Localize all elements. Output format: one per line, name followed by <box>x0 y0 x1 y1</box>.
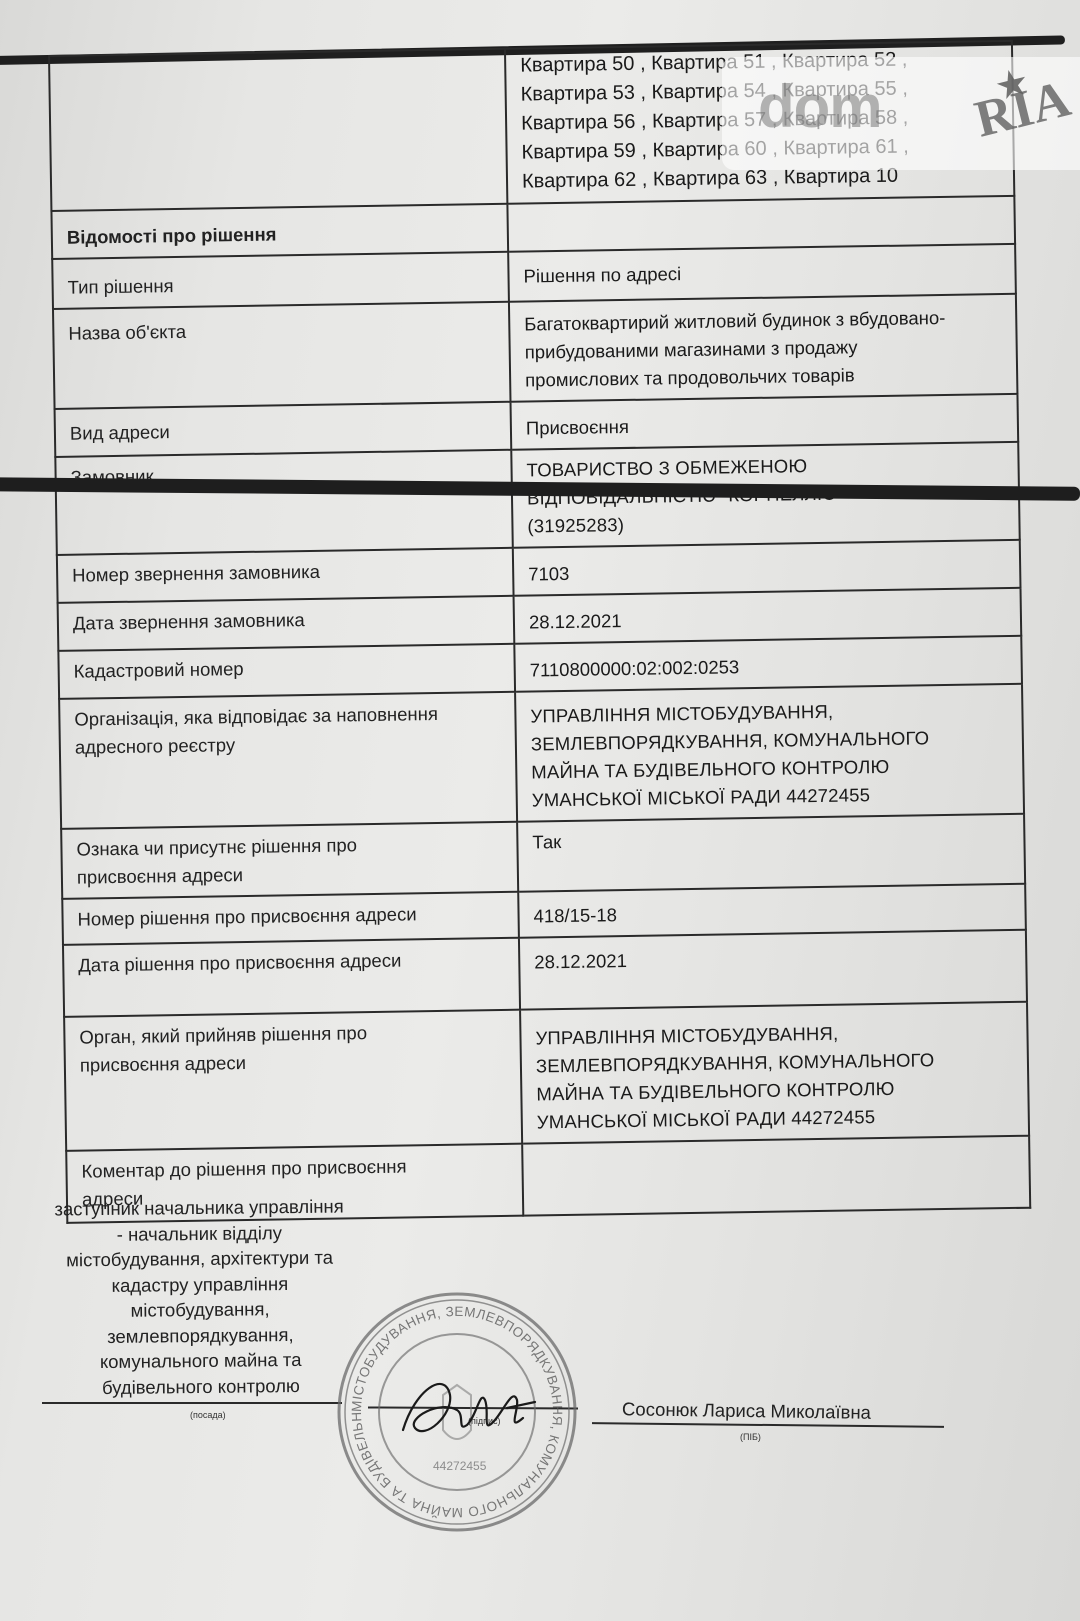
section-title: Відомості про рішення <box>51 204 508 259</box>
apartments-label-cell <box>49 49 507 211</box>
signatory-position: заступник начальника управління - началь… <box>49 1193 351 1400</box>
watermark-dom-text: dom <box>758 72 882 141</box>
row-value: УПРАВЛІННЯ МІСТОБУДУВАННЯ, ЗЕМЛЕВПОРЯДКУ… <box>515 684 1024 822</box>
row-value: Присвоєння <box>511 394 1019 450</box>
position-line <box>42 1402 342 1404</box>
name-line <box>592 1422 944 1428</box>
row-value: 28.12.2021 <box>519 930 1027 1010</box>
row-value: Так <box>517 814 1025 892</box>
row-label: Тип рішення <box>52 252 509 309</box>
section-empty-cell <box>507 196 1015 252</box>
row-value <box>522 1136 1030 1216</box>
svg-text:44272455: 44272455 <box>433 1459 487 1473</box>
table-row: Організація, яка відповідає за наповненн… <box>59 684 1024 829</box>
row-label: Кадастровий номер <box>58 644 515 699</box>
row-value: УПРАВЛІННЯ МІСТОБУДУВАННЯ, ЗЕМЛЕВПОРЯДКУ… <box>520 1002 1029 1144</box>
row-value: Рішення по адресі <box>508 244 1016 302</box>
handwritten-signature-icon <box>395 1370 545 1450</box>
table-row: Назва об'єкта Багатоквартирий житловий б… <box>53 294 1017 409</box>
position-caption: (посада) <box>190 1410 226 1420</box>
row-label: Ознака чи присутнє рішення про присвоєнн… <box>61 822 518 899</box>
row-label: Назва об'єкта <box>53 302 511 409</box>
signatory-name: Сосонюк Лариса Миколаївна <box>622 1398 871 1423</box>
table-row: Орган, який прийняв рішення про присвоєн… <box>64 1002 1029 1151</box>
row-value: 418/15-18 <box>518 884 1026 938</box>
row-value: Багатоквартирий житловий будинок з вбудо… <box>509 294 1018 402</box>
row-value: 7110800000:02:002:0253 <box>514 636 1022 692</box>
row-label: Організація, яка відповідає за наповненн… <box>59 692 517 829</box>
row-label: Замовник <box>55 450 512 555</box>
document-page: Квартира 50 , Квартира 51 , Квартира 52 … <box>0 0 1080 1621</box>
row-value: 28.12.2021 <box>514 588 1022 644</box>
row-value: 7103 <box>513 540 1021 596</box>
row-label: Дата рішення про присвоєння адреси <box>63 938 520 1017</box>
address-register-table: Квартира 50 , Квартира 51 , Квартира 52 … <box>48 40 1031 1224</box>
row-label: Номер звернення замовника <box>57 548 514 603</box>
row-label: Вид адреси <box>55 402 512 457</box>
row-label: Орган, який прийняв рішення про присвоєн… <box>64 1010 522 1151</box>
row-label: Дата звернення замовника <box>58 596 515 651</box>
name-caption: (ПІБ) <box>740 1432 761 1442</box>
row-label: Номер рішення про присвоєння адреси <box>62 892 519 945</box>
